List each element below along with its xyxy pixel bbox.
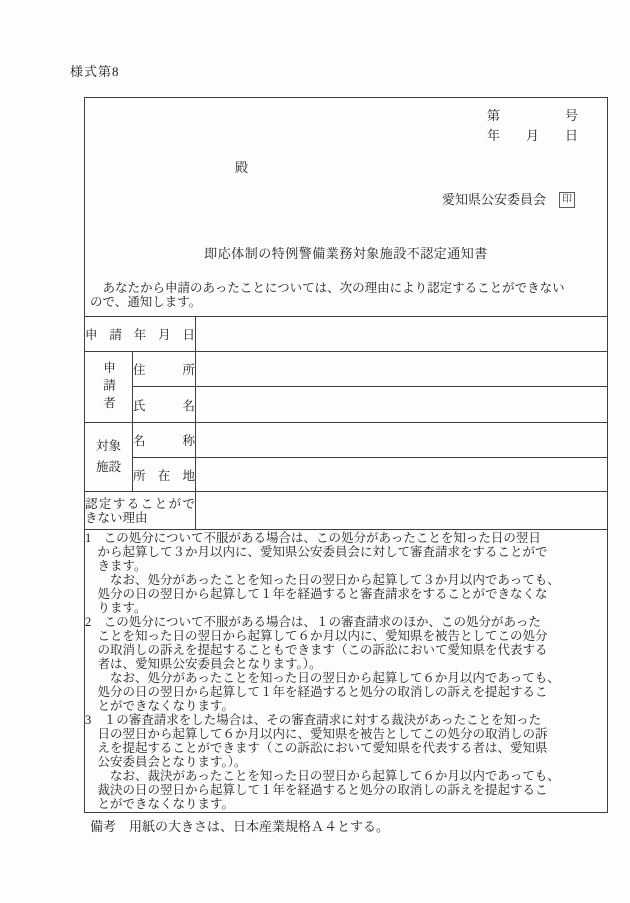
appeal-notes-cell: 1 この処分について不服がある場合は、この処分があったことを知った日の翌日 から… xyxy=(85,530,608,813)
document-title: 即応体制の特例警備業務対象施設不認定通知書 xyxy=(85,245,607,262)
application-table: 申請年月日 申請者 住所 氏名 対象施設 名称 xyxy=(84,316,608,813)
address-value xyxy=(196,352,608,387)
remarks-line: 備考 用紙の大きさは、日本産業規格Ａ４とする。 xyxy=(90,819,389,834)
addressee-line: 殿 xyxy=(85,159,607,176)
facility-location-value xyxy=(196,458,608,492)
document-number-line: 第 号 xyxy=(85,106,607,126)
denial-reason-value xyxy=(196,492,608,530)
facility-name-value xyxy=(196,423,608,458)
application-date-label: 申請年月日 xyxy=(85,317,196,352)
document-page: 様式第8 第 号 年 月 日 殿 愛知県公安委員会 印 即応体制の特例警備業務対… xyxy=(0,0,630,903)
appeal-note-3: 3 １の審査請求をした場合は、その審査請求に対する裁決があったことを知った 日の… xyxy=(85,713,607,811)
issuer-line: 愛知県公安委員会 印 xyxy=(85,191,607,208)
applicant-label: 申請者 xyxy=(100,361,118,414)
table-row-facility-location: 所在地 xyxy=(85,458,608,492)
issuer-name: 愛知県公安委員会 xyxy=(442,191,546,208)
applicant-label-cell: 申請者 xyxy=(85,352,133,423)
name-value xyxy=(196,387,608,423)
intro-paragraph: あなたから申請のあったことについては、次の理由により認定することができない ので… xyxy=(85,282,607,309)
table-row-facility-name: 対象施設 名称 xyxy=(85,423,608,458)
facility-label: 対象施設 xyxy=(95,436,122,478)
table-row-applicant-address: 申請者 住所 xyxy=(85,352,608,387)
table-row-applicant-name: 氏名 xyxy=(85,387,608,423)
seal-placeholder-icon: 印 xyxy=(559,192,575,208)
name-label: 氏名 xyxy=(133,387,196,423)
table-row-appeal-notes: 1 この処分について不服がある場合は、この処分があったことを知った日の翌日 から… xyxy=(85,530,608,813)
form-border-box: 第 号 年 月 日 殿 愛知県公安委員会 印 即応体制の特例警備業務対象施設不認… xyxy=(84,97,608,813)
address-label: 住所 xyxy=(133,352,196,387)
table-row-denial-reason: 認定することができない理由 xyxy=(85,492,608,530)
facility-location-label: 所在地 xyxy=(133,458,196,492)
appeal-note-2: 2 この処分について不服がある場合は、１の審査請求のほか、この処分があった こと… xyxy=(85,615,607,713)
denial-reason-label: 認定することができない理由 xyxy=(85,492,196,530)
facility-label-cell: 対象施設 xyxy=(85,423,133,492)
application-date-value xyxy=(196,317,608,352)
form-number-label: 様式第8 xyxy=(70,61,120,80)
table-row-application-date: 申請年月日 xyxy=(85,317,608,352)
appeal-note-1: 1 この処分について不服がある場合は、この処分があったことを知った日の翌日 から… xyxy=(85,531,607,615)
document-date-line: 年 月 日 xyxy=(85,126,607,146)
facility-name-label: 名称 xyxy=(133,423,196,458)
